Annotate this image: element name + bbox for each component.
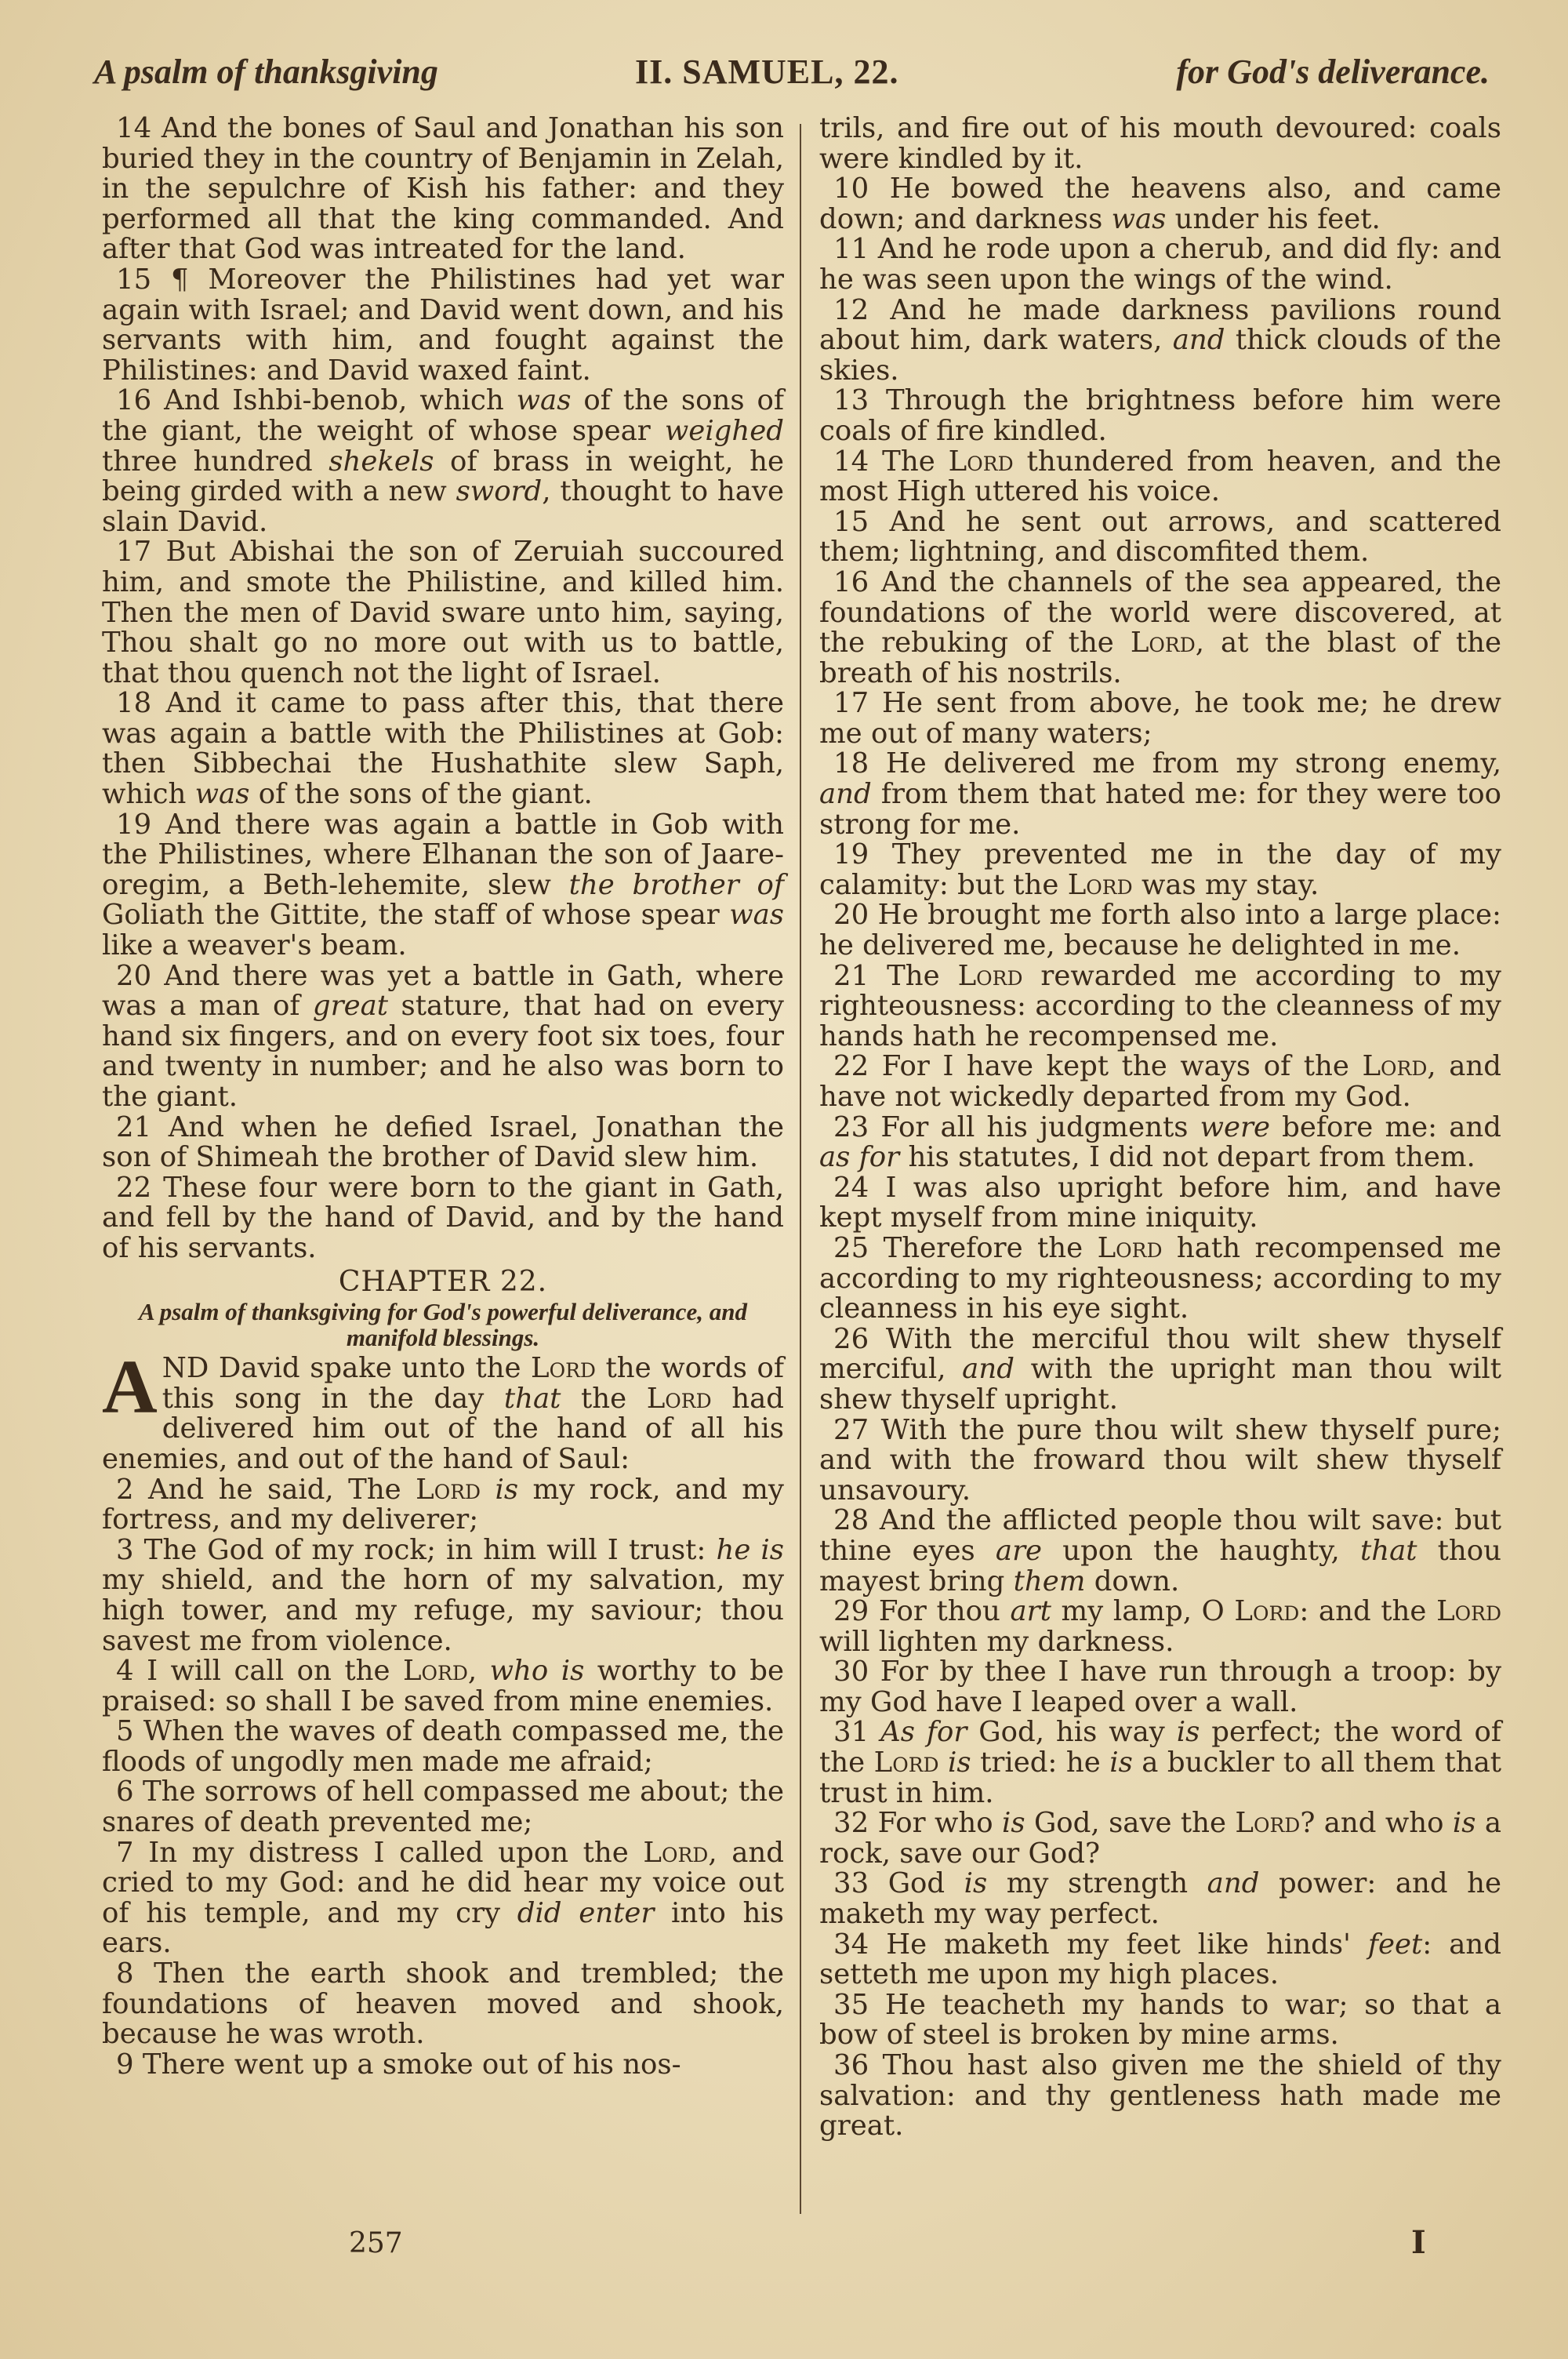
verse-22-35: 35 He teacheth my hands to war; so that … <box>819 1990 1501 2051</box>
verse-22-29: 29 For thou art my lamp, O Lord: and the… <box>819 1597 1501 1657</box>
verse-22-32: 32 For who is God, save the Lord? and wh… <box>819 1808 1501 1869</box>
verse-22-23: 23 For all his judgments were before me:… <box>819 1113 1501 1173</box>
verse-21-15: 15 ¶ Moreover the Philistines had yet wa… <box>102 265 784 386</box>
verse-21-21: 21 And when he defied Israel, Jonathan t… <box>102 1113 784 1173</box>
verse-22-5: 5 When the waves of death compassed me, … <box>102 1717 784 1777</box>
verse-21-18: 18 And it came to pass after this, that … <box>102 689 784 809</box>
verse-22-14: 14 The Lord thundered from heaven, and t… <box>819 447 1501 507</box>
verse-22-9-continued: trils, and fire out of his mouth devoure… <box>819 114 1501 174</box>
verse-22-18: 18 He delivered me from my strong enemy,… <box>819 749 1501 840</box>
verse-22-11: 11 And he rode upon a cherub, and did fl… <box>819 234 1501 295</box>
bible-page: A psalm of thanksgiving II. SAMUEL, 22. … <box>0 0 1568 2359</box>
verse-22-34: 34 He maketh my feet like hinds' feet: a… <box>819 1930 1501 1990</box>
verse-22-6: 6 The sorrows of hell compassed me about… <box>102 1777 784 1837</box>
verse-22-21: 21 The Lord rewarded me according to my … <box>819 961 1501 1052</box>
verse-21-22: 22 These four were born to the giant in … <box>102 1173 784 1264</box>
verse-22-20: 20 He brought me forth also into a large… <box>819 900 1501 961</box>
verse-22-27: 27 With the pure thou wilt shew thyself … <box>819 1416 1501 1507</box>
verse-21-19: 19 And there was again a battle in Gob w… <box>102 810 784 961</box>
header-left-caption: A psalm of thanksgiving <box>94 52 438 92</box>
verse-22-36: 36 Thou hast also given me the shield of… <box>819 2051 1501 2142</box>
verse-22-24: 24 I was also upright before him, and ha… <box>819 1173 1501 1234</box>
chapter-summary: A psalm of thanksgiving for God's powerf… <box>102 1299 784 1350</box>
drop-cap: A <box>102 1357 158 1418</box>
verse-21-14: 14 And the bones of Saul and Jonathan hi… <box>102 114 784 265</box>
verse-22-22: 22 For I have kept the ways of the Lord,… <box>819 1052 1501 1112</box>
left-column: 14 And the bones of Saul and Jonathan hi… <box>102 114 784 2080</box>
verse-21-20: 20 And there was yet a battle in Gath, w… <box>102 961 784 1113</box>
verse-22-33: 33 God is my strength and power: and he … <box>819 1869 1501 1929</box>
verse-22-28: 28 And the afflicted people thou wilt sa… <box>819 1506 1501 1597</box>
verse-22-17: 17 He sent from above, he took me; he dr… <box>819 689 1501 749</box>
page-number: 257 <box>349 2227 403 2259</box>
verse-21-17: 17 But Abishai the son of Zeruiah succou… <box>102 537 784 689</box>
verse-22-3: 3 The God of my rock; in him will I trus… <box>102 1536 784 1656</box>
verse-22-1: AND David spake unto the Lord the words … <box>102 1354 784 1474</box>
verse-22-9: 9 There went up a smoke out of his nos- <box>102 2050 784 2081</box>
verse-22-25: 25 Therefore the Lord hath recompensed m… <box>819 1234 1501 1325</box>
verse-21-16: 16 And Ishbi-benob, which was of the son… <box>102 386 784 537</box>
verse-22-30: 30 For by thee I have run through a troo… <box>819 1657 1501 1717</box>
verse-22-26: 26 With the merciful thou wilt shew thys… <box>819 1325 1501 1416</box>
right-column: trils, and fire out of his mouth devoure… <box>819 114 1501 2142</box>
header-book-chapter: II. SAMUEL, 22. <box>635 52 899 92</box>
verse-22-13: 13 Through the brightness before him wer… <box>819 386 1501 446</box>
header-right-caption: for God's deliverance. <box>1176 52 1490 92</box>
running-header: A psalm of thanksgiving II. SAMUEL, 22. … <box>94 52 1505 99</box>
verse-22-19: 19 They prevented me in the day of my ca… <box>819 840 1501 900</box>
chapter-heading: CHAPTER 22. <box>102 1267 784 1298</box>
verse-22-7: 7 In my distress I called upon the Lord,… <box>102 1838 784 1959</box>
column-divider <box>800 124 801 2214</box>
verse-22-12: 12 And he made darkness pavilions round … <box>819 296 1501 387</box>
verse-22-15: 15 And he sent out arrows, and scattered… <box>819 507 1501 568</box>
verse-22-4: 4 I will call on the Lord, who is worthy… <box>102 1656 784 1717</box>
verse-22-2: 2 And he said, The Lord is my rock, and … <box>102 1475 784 1536</box>
verse-22-8: 8 Then the earth shook and trembled; the… <box>102 1959 784 2050</box>
verse-22-31: 31 As for God, his way is perfect; the w… <box>819 1717 1501 1808</box>
signature-mark: I <box>1411 2224 1426 2261</box>
verse-22-16: 16 And the channels of the sea appeared,… <box>819 568 1501 689</box>
verse-22-10: 10 He bowed the heavens also, and came d… <box>819 174 1501 234</box>
